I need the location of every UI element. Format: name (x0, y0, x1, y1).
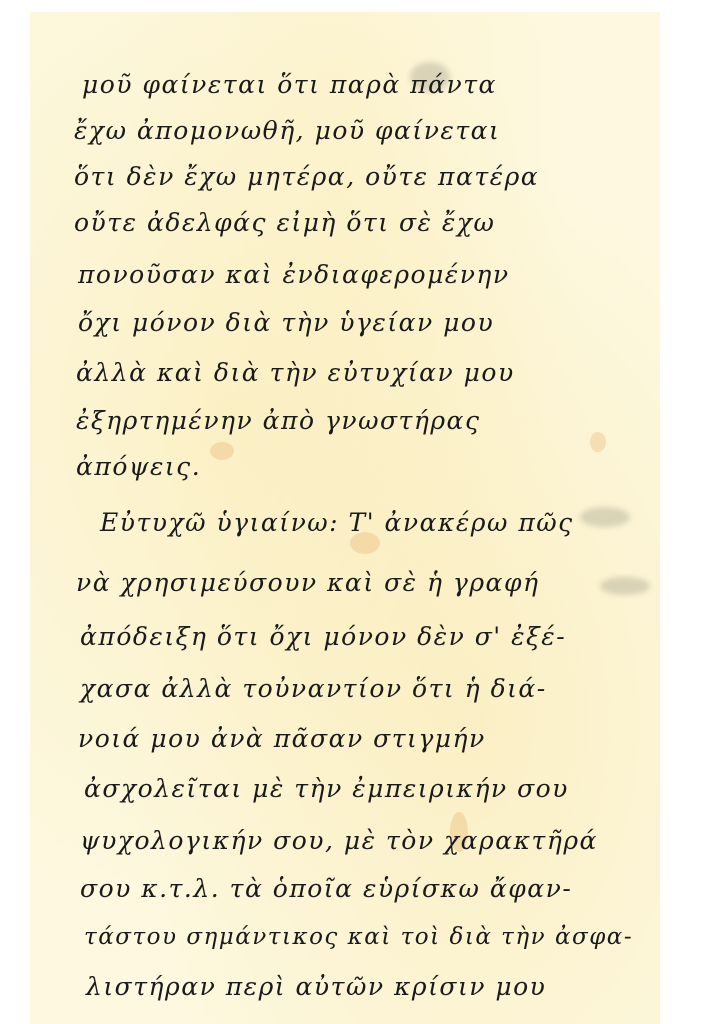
letter-line: ὅτι δὲν ἔχω μητέρα, οὔτε πατέρα (74, 162, 539, 191)
letter-line: ἀπόδειξη ὅτι ὄχι μόνον δὲν σ' ἐξέ- (80, 622, 566, 651)
letter-line: πονοῦσαν καὶ ἐνδιαφερομένην (78, 260, 510, 289)
letter-line: ἀλλὰ καὶ διὰ τὴν εὐτυχίαν μου (76, 358, 515, 387)
letter-line: ἐξηρτημένην ἀπὸ γνωστήρας (76, 406, 480, 435)
letter-line: ἔχω ἀπομονωθῆ, μοῦ φαίνεται (74, 116, 500, 145)
letter-line: Εὐτυχῶ ὑγιαίνω: Τ' ἀνακέρω πῶς (100, 508, 574, 537)
letter-page: μοῦ φαίνεται ὅτι παρὰ πάντα ἔχω ἀπομονωθ… (30, 12, 660, 1024)
letter-line: νοιά μου ἀνὰ πᾶσαν στιγμήν (78, 724, 486, 753)
letter-line: τάστου σημάντικος καὶ τοὶ διὰ τὴν ἀσφα- (84, 924, 633, 950)
letter-line: ἀπόψεις. (76, 452, 201, 481)
ink-smudge (580, 507, 630, 527)
letter-line: οὔτε ἀδελφάς εἰμὴ ὅτι σὲ ἔχω (74, 208, 495, 237)
letter-line: νὰ χρησιμεύσουν καὶ σὲ ἡ γραφή (76, 568, 539, 597)
paper-stain (590, 432, 606, 452)
letter-line: ὄχι μόνον διὰ τὴν ὑγείαν μου (78, 308, 494, 337)
ink-smudge (600, 577, 650, 595)
letter-line: σου κ.τ.λ. τὰ ὁποῖα εὑρίσκω ἄφαν- (80, 874, 572, 903)
paper-stain (210, 442, 234, 460)
letter-line: ψυχολογικήν σου, μὲ τὸν χαρακτῆρά (80, 826, 598, 855)
letter-line: μοῦ φαίνεται ὅτι παρὰ πάντα (82, 70, 497, 99)
letter-line: ἀσχολεῖται μὲ τὴν ἐμπειρικήν σου (84, 774, 569, 803)
letter-line: χασα ἀλλὰ τοὐναντίον ὅτι ἡ διά- (80, 674, 547, 703)
letter-line: λιστήραν περὶ αὐτῶν κρίσιν μου (86, 972, 546, 1001)
